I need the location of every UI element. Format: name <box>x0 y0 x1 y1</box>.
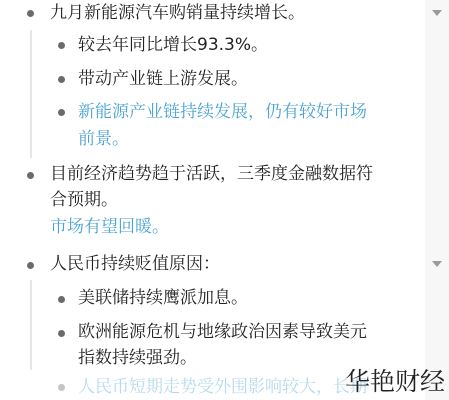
outline-subitem[interactable]: 带动产业链上游发展。 <box>78 67 248 92</box>
collapse-caret-icon[interactable] <box>432 261 442 267</box>
outline-subitem-highlight-cont: 前景。 <box>78 127 129 152</box>
right-gutter <box>425 0 449 400</box>
bullet-icon[interactable] <box>58 330 65 337</box>
outline-subitem-cont: 指数持续强劲。 <box>78 346 197 371</box>
outline-item-note[interactable]: 市场有望回暖。 <box>50 215 169 240</box>
bullet-icon[interactable] <box>27 262 34 269</box>
outline-subitem[interactable]: 美联储持续鹰派加息。 <box>78 286 248 311</box>
bullet-icon[interactable] <box>27 172 34 179</box>
bullet-icon[interactable] <box>58 109 65 116</box>
indent-guide <box>30 280 32 370</box>
bullet-icon[interactable] <box>27 10 34 17</box>
watermark: 华艳财经 <box>345 362 445 398</box>
bullet-icon[interactable] <box>58 42 65 49</box>
outline-subitem-highlight[interactable]: 新能源产业链持续发展，仍有较好市场 <box>78 100 367 125</box>
outline-item[interactable]: 目前经济趋势趋于活跃，三季度金融数据符 <box>50 162 373 187</box>
bullet-icon[interactable] <box>58 296 65 303</box>
outline-subitem-highlight[interactable]: 人民币短期走势受外围影响较大，长期 <box>78 375 367 400</box>
collapse-caret-icon[interactable] <box>432 10 442 16</box>
bullet-icon[interactable] <box>58 384 65 391</box>
bullet-icon[interactable] <box>58 76 65 83</box>
outline-subitem[interactable]: 欧洲能源危机与地缘政治因素导致美元 <box>78 320 367 345</box>
outline-subitem[interactable]: 较去年同比增长93.3%。 <box>78 33 268 58</box>
indent-guide <box>30 30 32 158</box>
outline-item-cont: 合预期。 <box>50 188 118 213</box>
outline-item[interactable]: 九月新能源汽车购销量持续增长。 <box>50 1 305 26</box>
outline-item[interactable]: 人民币持续贬值原因： <box>50 252 220 277</box>
